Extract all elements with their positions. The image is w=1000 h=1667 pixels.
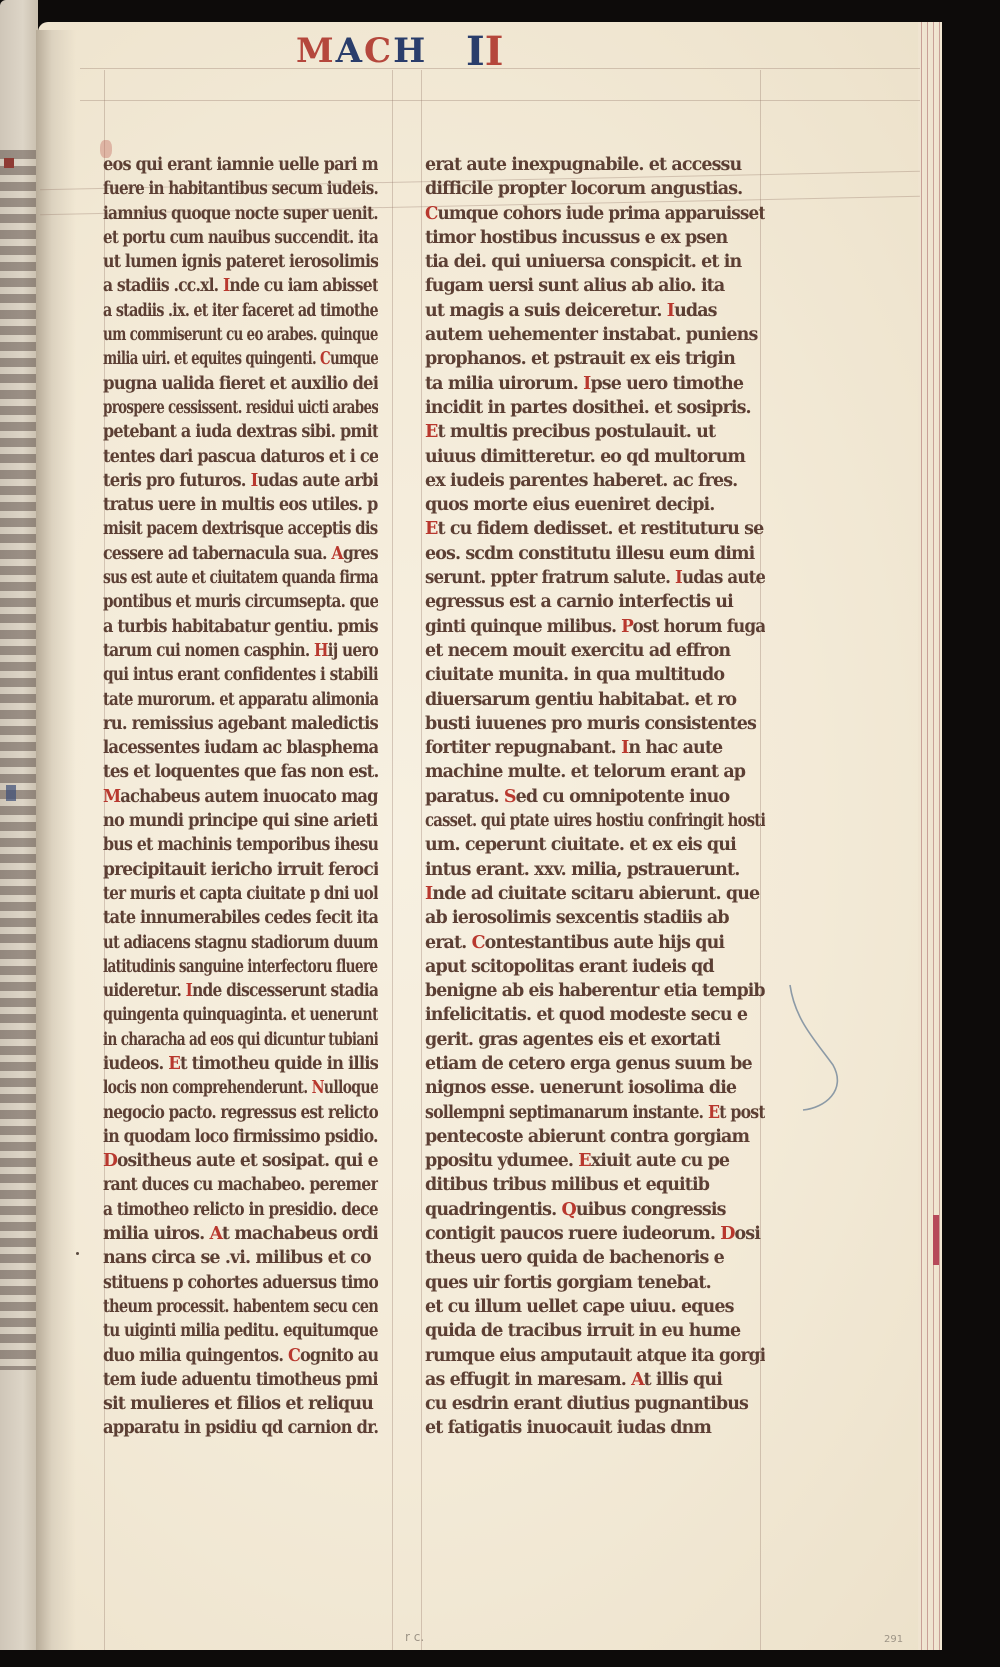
line-text: et necem mouit exercitu ad effron	[425, 641, 730, 661]
text-line: tes et loquentes que fas non est.	[103, 760, 378, 784]
text-line: gerit. gras agentes eis et exortati	[425, 1028, 765, 1052]
text-column-right: erat aute inexpugnabile. et accessudiffi…	[425, 153, 765, 1441]
line-text: a turbis habitabatur gentiu. pmis	[103, 617, 378, 637]
line-text: qui intus erant confidentes i stabili	[103, 665, 378, 685]
line-text: etiam de cetero erga genus suum be	[425, 1054, 752, 1074]
line-text: rumque eius amputauit atque ita gorgi	[425, 1346, 765, 1366]
facing-page-edge	[0, 0, 38, 1667]
line-text: eos qui erant iamnie uelle pari m	[103, 155, 378, 175]
line-text: ppositu ydumee.	[425, 1151, 573, 1171]
text-line: infelicitatis. et quod modeste secu e	[425, 1003, 765, 1027]
text-line: negocio pacto. regressus est relicto	[103, 1101, 378, 1125]
line-text: ut magis a suis deiceretur.	[425, 301, 662, 321]
rubricated-initial: E	[168, 1054, 180, 1074]
text-line: milia uiros. At machabeus ordi	[103, 1222, 378, 1246]
line-text: pontibus et muris circumsepta. que	[103, 592, 378, 612]
line-text: ut lumen ignis pateret ierosolimis	[103, 252, 378, 272]
pencil-bracket-mark	[785, 980, 845, 1130]
photo-background-top	[0, 0, 1000, 22]
rubricated-initial: E	[708, 1103, 719, 1123]
text-line: duo milia quingentos. Cognito au	[103, 1344, 378, 1368]
text-line: a stadiis .ix. et iter faceret ad timoth…	[103, 299, 378, 323]
red-page-marker	[933, 1215, 939, 1265]
text-line: petebant a iuda dextras sibi. pmit	[103, 420, 378, 444]
rubricated-initial: C	[320, 349, 330, 369]
line-text-after-initial: ositheus aute et sosipat. qui e	[117, 1151, 378, 1171]
line-text: lacessentes iudam ac blasphema	[103, 738, 378, 758]
line-text: egressus est a carnio interfectis ui	[425, 592, 733, 612]
rubricated-initial: N	[312, 1078, 324, 1098]
line-text-after-initial: umque	[330, 349, 378, 369]
text-line: etiam de cetero erga genus suum be	[425, 1052, 765, 1076]
line-text: et fatigatis inuocauit iudas dnm	[425, 1418, 711, 1438]
text-line: no mundi principe qui sine arieti	[103, 809, 378, 833]
text-line: tarum cui nomen casphin. Hij uero	[103, 639, 378, 663]
line-text: paratus.	[425, 787, 499, 807]
line-text: aput scitopolitas erant iudeis qd	[425, 957, 714, 977]
text-line: locis non comprehenderunt. Nulloque	[103, 1076, 378, 1100]
line-text-after-initial: udas aute	[682, 568, 765, 588]
rubricated-initial: P	[621, 617, 632, 637]
text-line: ques uir fortis gorgiam tenebat.	[425, 1271, 765, 1295]
line-text-after-initial: t illis qui	[644, 1370, 722, 1390]
manuscript-viewer: M A C H II eos qui erant iamnie uelle pa…	[0, 0, 1000, 1667]
text-line: cessere ad tabernacula sua. Agres	[103, 542, 378, 566]
line-text: pugna ualida fieret et auxilio dei	[103, 374, 378, 394]
line-text: ter muris et capta ciuitate p dni uol	[103, 884, 378, 904]
line-text: no mundi principe qui sine arieti	[103, 811, 378, 831]
line-text-after-initial: n hac aute	[628, 738, 722, 758]
text-line: quida de tracibus irruit in eu hume	[425, 1319, 765, 1343]
text-line: nans circa se .vi. milibus et co	[103, 1246, 378, 1270]
line-text: misit pacem dextrisque acceptis dis	[103, 519, 377, 539]
line-text: sollempni septimanarum instante.	[425, 1103, 703, 1123]
text-line: incidit in partes dosithei. et sosipris.	[425, 396, 765, 420]
text-line: tratus uere in multis eos utiles. p	[103, 493, 378, 517]
text-line: Dositheus aute et sosipat. qui e	[103, 1149, 378, 1173]
facing-page-rubric	[4, 158, 14, 168]
text-line: ter muris et capta ciuitate p dni uol	[103, 882, 378, 906]
line-text: uiuus dimitteretur. eo qd multorum	[425, 447, 745, 467]
text-line: tem iude aduentu timotheus pmi	[103, 1368, 378, 1392]
line-text-after-initial: nde ad ciuitate scitaru abierunt. que	[432, 884, 759, 904]
line-text: gerit. gras agentes eis et exortati	[425, 1030, 720, 1050]
line-text: tate innumerabiles cedes fecit ita	[103, 908, 378, 928]
line-text: apparatu in psidiu qd carnion dr.	[103, 1418, 378, 1438]
line-text-after-initial: ulloque	[324, 1078, 378, 1098]
text-line: eos. scdm constitutu illesu eum dimi	[425, 542, 765, 566]
text-line: diuersarum gentiu habitabat. et ro	[425, 688, 765, 712]
line-text: quos morte eius eueniret decipi.	[425, 495, 715, 515]
line-text: a timotheo relicto in presidio. dece	[103, 1200, 378, 1220]
rubricated-initial: I	[675, 568, 682, 588]
line-text-after-initial: gres	[343, 544, 378, 564]
facing-page-text	[0, 150, 36, 1370]
text-line: serunt. ppter fratrum salute. Iudas aute	[425, 566, 765, 590]
line-text-after-initial: ost horum fuga	[633, 617, 765, 637]
rubricated-initial: H	[314, 641, 328, 661]
text-line: prophanos. et pstrauit ex eis trigin	[425, 347, 765, 371]
line-text: ciuitate munita. in qua multitudo	[425, 665, 724, 685]
text-column-left: eos qui erant iamnie uelle pari mfuere i…	[103, 153, 378, 1441]
stacked-page-edges	[918, 22, 942, 1650]
text-line: precipitauit iericho irruit feroci	[103, 858, 378, 882]
line-text: ta milia uirorum.	[425, 374, 578, 394]
line-text: timor hostibus incussus e ex psen	[425, 228, 727, 248]
running-header: M A C H	[296, 26, 425, 76]
text-line: tentes dari pascua daturos et i ce	[103, 445, 378, 469]
line-text: et cu illum uellet cape uiuu. eques	[425, 1297, 734, 1317]
text-line: lacessentes iudam ac blasphema	[103, 736, 378, 760]
line-text: et portu cum nauibus succendit. ita	[103, 228, 378, 248]
line-text: tu uiginti milia peditu. equitumque	[103, 1321, 378, 1341]
book-number-first: I	[466, 28, 485, 75]
line-text: latitudinis sanguine interfectoru fluere	[103, 957, 377, 977]
text-line: theum processit. habentem secu cen	[103, 1295, 378, 1319]
text-line: ut adiacens stagnu stadiorum duum	[103, 931, 378, 955]
line-text-after-initial: t timotheu quide in illis	[180, 1054, 378, 1074]
line-text-after-initial: t cu fidem dedisset. et restituturu se	[437, 519, 763, 539]
line-text: autem uehementer instabat. puniens	[425, 325, 757, 345]
ruling-vertical-2	[392, 70, 393, 1650]
line-text: uideretur.	[103, 981, 181, 1001]
text-line: autem uehementer instabat. puniens	[425, 323, 765, 347]
line-text: milia uiri. et equites quingenti.	[103, 349, 316, 369]
text-line: a stadiis .cc.xl. Inde cu iam abisset	[103, 274, 378, 298]
text-line: milia uiri. et equites quingenti. Cumque	[103, 347, 378, 371]
line-text: quida de tracibus irruit in eu hume	[425, 1321, 740, 1341]
line-text-after-initial: umque cohors iude prima apparuisset	[438, 204, 765, 224]
line-text: diuersarum gentiu habitabat. et ro	[425, 690, 736, 710]
line-text: difficile propter locorum angustias.	[425, 179, 742, 199]
line-text: milia uiros.	[103, 1224, 204, 1244]
text-line: pugna ualida fieret et auxilio dei	[103, 372, 378, 396]
text-line: busti iuuenes pro muris consistentes	[425, 712, 765, 736]
header-letter-1: M	[296, 31, 334, 71]
text-line: ex iudeis parentes haberet. ac fres.	[425, 469, 765, 493]
line-text: quadringentis.	[425, 1200, 556, 1220]
line-text: tentes dari pascua daturos et i ce	[103, 447, 378, 467]
line-text: incidit in partes dosithei. et sosipris.	[425, 398, 751, 418]
text-line: ut magis a suis deiceretur. Iudas	[425, 299, 765, 323]
line-text: casset. qui ptate uires hostiu confringi…	[425, 811, 765, 831]
text-line: Inde ad ciuitate scitaru abierunt. que	[425, 882, 765, 906]
text-line: intus erant. xxv. milia, pstrauerunt.	[425, 858, 765, 882]
line-text: duo milia quingentos.	[103, 1346, 283, 1366]
line-text: teris pro futuros.	[103, 471, 246, 491]
text-line: a turbis habitabatur gentiu. pmis	[103, 615, 378, 639]
text-line: sit mulieres et filios et reliquu	[103, 1392, 378, 1416]
text-line: benigne ab eis haberentur etia tempib	[425, 979, 765, 1003]
rubricated-initial: I	[667, 301, 674, 321]
line-text: fortiter repugnabant.	[425, 738, 616, 758]
text-line: latitudinis sanguine interfectoru fluere	[103, 955, 378, 979]
text-line: ab ierosolimis sexcentis stadiis ab	[425, 906, 765, 930]
text-line: a timotheo relicto in presidio. dece	[103, 1198, 378, 1222]
line-text-after-initial: ij uero	[328, 641, 378, 661]
rubricated-initial: E	[425, 422, 437, 442]
text-line: pentecoste abierunt contra gorgiam	[425, 1125, 765, 1149]
line-text-after-initial: pse uero timothe	[590, 374, 743, 394]
text-line: et cu illum uellet cape uiuu. eques	[425, 1295, 765, 1319]
ruling-line-header-2	[80, 100, 920, 101]
line-text: ginti quinque milibus.	[425, 617, 616, 637]
book-number: II	[466, 28, 503, 75]
line-text: theus uero quida de bachenoris e	[425, 1248, 724, 1268]
text-line: um. ceperunt ciuitate. et ex eis qui	[425, 833, 765, 857]
text-line: fuere in habitantibus secum iudeis.	[103, 177, 378, 201]
line-text-after-initial: t machabeus ordi	[222, 1224, 378, 1244]
line-text: ques uir fortis gorgiam tenebat.	[425, 1273, 711, 1293]
text-line: machine multe. et telorum erant ap	[425, 760, 765, 784]
text-line: prospere cessissent. residui uicti arabe…	[103, 396, 378, 420]
line-text: prophanos. et pstrauit ex eis trigin	[425, 349, 735, 369]
rubricated-initial: A	[210, 1224, 222, 1244]
text-line: rumque eius amputauit atque ita gorgi	[425, 1344, 765, 1368]
red-ink-smudge	[100, 140, 112, 158]
text-line: stituens p cohortes aduersus timo	[103, 1271, 378, 1295]
line-text: iamnius quoque nocte super uenit.	[103, 204, 378, 224]
line-text: infelicitatis. et quod modeste secu e	[425, 1005, 747, 1025]
line-text-after-initial: xiuit aute cu pe	[591, 1151, 729, 1171]
line-text: rant duces cu machabeo. peremer	[103, 1175, 378, 1195]
text-line: tate murorum. et apparatu alimonia	[103, 688, 378, 712]
text-line: ta milia uirorum. Ipse uero timothe	[425, 372, 765, 396]
line-text-after-initial: uibus congressis	[576, 1200, 726, 1220]
line-text: ut adiacens stagnu stadiorum duum	[103, 933, 378, 953]
line-text: petebant a iuda dextras sibi. pmit	[103, 422, 378, 442]
text-line: bus et machinis temporibus ihesu	[103, 833, 378, 857]
text-line: iudeos. Et timotheu quide in illis	[103, 1052, 378, 1076]
line-text: contigit paucos ruere iudeorum.	[425, 1224, 715, 1244]
line-text: serunt. ppter fratrum salute.	[425, 568, 670, 588]
text-line: et fatigatis inuocauit iudas dnm	[425, 1416, 765, 1440]
line-text-after-initial: ontestantibus aute hijs qui	[485, 933, 725, 953]
rubricated-initial: C	[472, 933, 485, 953]
folio-number: 291	[884, 1634, 903, 1645]
line-text: erat aute inexpugnabile. et accessu	[425, 155, 741, 175]
text-line: ru. remissius agebant maledictis	[103, 712, 378, 736]
text-line: paratus. Sed cu omnipotente inuo	[425, 785, 765, 809]
text-line: egressus est a carnio interfectis ui	[425, 590, 765, 614]
line-text-after-initial: udas aute arbi	[257, 471, 378, 491]
photo-background-bottom	[0, 1650, 1000, 1667]
line-text: ab ierosolimis sexcentis stadiis ab	[425, 908, 729, 928]
line-text: ex iudeis parentes haberet. ac fres.	[425, 471, 737, 491]
line-text-after-initial: udas	[674, 301, 717, 321]
text-line: sus est aute et ciuitatem quanda firma	[103, 566, 378, 590]
rubricated-initial: C	[425, 204, 438, 224]
text-line: erat aute inexpugnabile. et accessu	[425, 153, 765, 177]
line-text: benigne ab eis haberentur etia tempib	[425, 981, 765, 1001]
text-line: et necem mouit exercitu ad effron	[425, 639, 765, 663]
line-text: negocio pacto. regressus est relicto	[103, 1103, 378, 1123]
book-gutter	[36, 30, 76, 1650]
text-line: fortiter repugnabant. In hac aute	[425, 736, 765, 760]
text-line: nignos esse. uenerunt iosolima die	[425, 1076, 765, 1100]
line-text-after-initial: nde cu iam abisset	[229, 276, 378, 296]
book-number-second: I	[485, 28, 504, 75]
line-text: eos. scdm constitutu illesu eum dimi	[425, 544, 754, 564]
line-text: locis non comprehenderunt.	[103, 1078, 307, 1098]
text-line: cu esdrin erant diutius pugnantibus	[425, 1392, 765, 1416]
line-text: tes et loquentes que fas non est.	[103, 762, 378, 782]
line-text: iudeos.	[103, 1054, 163, 1074]
line-text: fuere in habitantibus secum iudeis.	[103, 179, 378, 199]
text-line: Et multis precibus postulauit. ut	[425, 420, 765, 444]
line-text-after-initial: t post	[719, 1103, 765, 1123]
line-text: um commiserunt cu eo arabes. quinque	[103, 325, 378, 345]
rubricated-initial: D	[720, 1224, 734, 1244]
line-text: a stadiis .cc.xl.	[103, 276, 218, 296]
rubricated-initial: D	[103, 1151, 117, 1171]
text-line: misit pacem dextrisque acceptis dis	[103, 517, 378, 541]
text-line: sollempni septimanarum instante. Et post	[425, 1101, 765, 1125]
line-text: bus et machinis temporibus ihesu	[103, 835, 378, 855]
text-line: quos morte eius eueniret decipi.	[425, 493, 765, 517]
line-text-after-initial: osi	[735, 1224, 760, 1244]
line-text: um. ceperunt ciuitate. et ex eis qui	[425, 835, 736, 855]
text-line: aput scitopolitas erant iudeis qd	[425, 955, 765, 979]
text-line: teris pro futuros. Iudas aute arbi	[103, 469, 378, 493]
facing-page-blue-initial	[6, 785, 16, 801]
text-line: quadringentis. Quibus congressis	[425, 1198, 765, 1222]
text-line: ut lumen ignis pateret ierosolimis	[103, 250, 378, 274]
text-line: tate innumerabiles cedes fecit ita	[103, 906, 378, 930]
line-text: erat.	[425, 933, 466, 953]
text-line: tu uiginti milia peditu. equitumque	[103, 1319, 378, 1343]
line-text: tem iude aduentu timotheus pmi	[103, 1370, 378, 1390]
line-text: a stadiis .ix. et iter faceret ad timoth…	[103, 301, 378, 321]
line-text: tratus uere in multis eos utiles. p	[103, 495, 378, 515]
rubricated-initial: E	[425, 519, 437, 539]
rubricated-initial: C	[288, 1346, 300, 1366]
text-line: quingenta quinquaginta. et uenerunt	[103, 1003, 378, 1027]
text-line: ciuitate munita. in qua multitudo	[425, 663, 765, 687]
line-text: in characha ad eos qui dicuntur tubiani	[103, 1030, 378, 1050]
text-line: et portu cum nauibus succendit. ita	[103, 226, 378, 250]
text-line: erat. Contestantibus aute hijs qui	[425, 931, 765, 955]
rubricated-initial: M	[103, 787, 120, 807]
line-text: prospere cessissent. residui uicti arabe…	[103, 398, 378, 418]
text-line: ppositu ydumee. Exiuit aute cu pe	[425, 1149, 765, 1173]
text-line: Machabeus autem inuocato mag	[103, 785, 378, 809]
line-text: cu esdrin erant diutius pugnantibus	[425, 1394, 748, 1414]
line-text: ru. remissius agebant maledictis	[103, 714, 378, 734]
line-text: machine multe. et telorum erant ap	[425, 762, 745, 782]
line-text: sit mulieres et filios et reliquu	[103, 1394, 373, 1414]
line-text-after-initial: nde discesserunt stadia	[192, 981, 378, 1001]
text-line: timor hostibus incussus e ex psen	[425, 226, 765, 250]
text-line: casset. qui ptate uires hostiu confringi…	[425, 809, 765, 833]
text-line: uiuus dimitteretur. eo qd multorum	[425, 445, 765, 469]
text-line: ginti quinque milibus. Post horum fuga	[425, 615, 765, 639]
text-line: contigit paucos ruere iudeorum. Dosi	[425, 1222, 765, 1246]
line-text: pentecoste abierunt contra gorgiam	[425, 1127, 749, 1147]
header-letter-2: A	[336, 31, 362, 71]
line-text: busti iuuenes pro muris consistentes	[425, 714, 756, 734]
line-text: sus est aute et ciuitatem quanda firma	[103, 568, 378, 588]
text-line: uideretur. Inde discesserunt stadia	[103, 979, 378, 1003]
line-text: tate murorum. et apparatu alimonia	[103, 690, 378, 710]
text-line: theus uero quida de bachenoris e	[425, 1246, 765, 1270]
text-line: tia dei. qui uniuersa conspicit. et in	[425, 250, 765, 274]
line-text: in quodam loco firmissimo psidio.	[103, 1127, 378, 1147]
line-text-after-initial: ognito au	[300, 1346, 378, 1366]
rubricated-initial: Q	[562, 1200, 576, 1220]
line-text: nans circa se .vi. milibus et co	[103, 1248, 371, 1268]
line-text: theum processit. habentem secu cen	[103, 1297, 378, 1317]
text-line: um commiserunt cu eo arabes. quinque	[103, 323, 378, 347]
text-line: eos qui erant iamnie uelle pari m	[103, 153, 378, 177]
line-text: nignos esse. uenerunt iosolima die	[425, 1078, 736, 1098]
text-line: pontibus et muris circumsepta. que	[103, 590, 378, 614]
ink-speck	[76, 1252, 79, 1255]
rubricated-initial: S	[504, 787, 516, 807]
text-line: in characha ad eos qui dicuntur tubiani	[103, 1028, 378, 1052]
rubricated-initial: A	[331, 544, 342, 564]
line-text: quingenta quinquaginta. et uenerunt	[103, 1005, 378, 1025]
text-line: fugam uersi sunt alius ab alio. ita	[425, 274, 765, 298]
line-text: tarum cui nomen casphin.	[103, 641, 309, 661]
text-line: Et cu fidem dedisset. et restituturu se	[425, 517, 765, 541]
text-line: Cumque cohors iude prima apparuisset	[425, 202, 765, 226]
line-text: stituens p cohortes aduersus timo	[103, 1273, 378, 1293]
line-text: ditibus tribus milibus et equitib	[425, 1175, 709, 1195]
line-text-after-initial: achabeus autem inuocato mag	[120, 787, 377, 807]
text-line: apparatu in psidiu qd carnion dr.	[103, 1416, 378, 1440]
line-text: precipitauit iericho irruit feroci	[103, 860, 378, 880]
line-text-after-initial: t multis precibus postulauit. ut	[437, 422, 715, 442]
text-line: rant duces cu machabeo. peremer	[103, 1173, 378, 1197]
text-line: as effugit in maresam. At illis qui	[425, 1368, 765, 1392]
text-line: difficile propter locorum angustias.	[425, 177, 765, 201]
text-line: ditibus tribus milibus et equitib	[425, 1173, 765, 1197]
line-text-after-initial: ed cu omnipotente inuo	[516, 787, 730, 807]
text-line: in quodam loco firmissimo psidio.	[103, 1125, 378, 1149]
header-letter-3: C	[364, 31, 391, 71]
rubricated-initial: A	[631, 1370, 643, 1390]
text-line: qui intus erant confidentes i stabili	[103, 663, 378, 687]
pencil-note-bottom: r c.	[405, 1630, 424, 1644]
line-text: as effugit in maresam.	[425, 1370, 626, 1390]
line-text: tia dei. qui uniuersa conspicit. et in	[425, 252, 741, 272]
header-letter-4: H	[393, 31, 425, 71]
line-text: intus erant. xxv. milia, pstrauerunt.	[425, 860, 739, 880]
text-line: iamnius quoque nocte super uenit.	[103, 202, 378, 226]
rubricated-initial: E	[578, 1151, 590, 1171]
line-text: cessere ad tabernacula sua.	[103, 544, 327, 564]
line-text: fugam uersi sunt alius ab alio. ita	[425, 276, 724, 296]
ruling-vertical-3	[421, 70, 422, 1650]
